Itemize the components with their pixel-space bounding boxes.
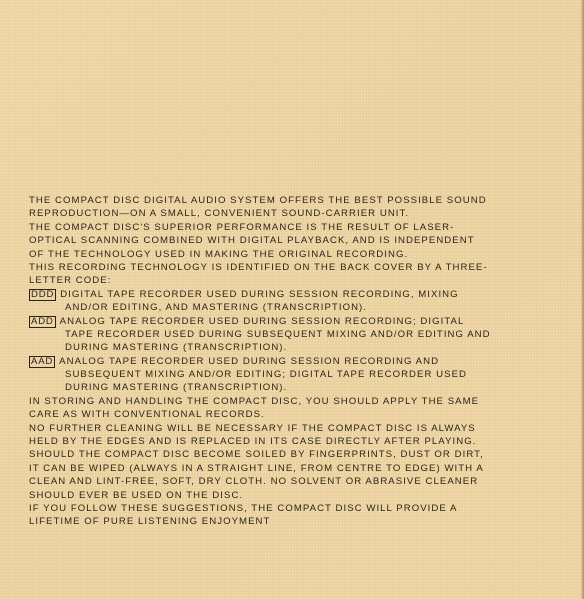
intro-line: THE COMPACT DISC DIGITAL AUDIO SYSTEM OF… <box>29 194 549 207</box>
code-add-line: ADDANALOG TAPE RECORDER USED DURING SESS… <box>29 315 549 328</box>
intro-paragraph: THE COMPACT DISC DIGITAL AUDIO SYSTEM OF… <box>29 194 549 288</box>
care-line: NO FURTHER CLEANING WILL BE NECESSARY IF… <box>29 422 549 435</box>
intro-line: LETTER CODE: <box>29 274 549 287</box>
care-line: IF YOU FOLLOW THESE SUGGESTIONS, THE COM… <box>29 502 549 515</box>
code-add-badge: ADD <box>29 316 56 328</box>
code-ddd-line: AND/OR EDITING, AND MASTERING (TRANSCRIP… <box>29 301 549 314</box>
care-line: SHOULD EVER BE USED ON THE DISC. <box>29 489 549 502</box>
code-add-line: TAPE RECORDER USED DURING SUBSEQUENT MIX… <box>29 328 549 341</box>
care-line: LIFETIME OF PURE LISTENING ENJOYMENT <box>29 515 549 528</box>
cd-info-text: THE COMPACT DISC DIGITAL AUDIO SYSTEM OF… <box>29 194 549 529</box>
code-ddd-text: DIGITAL TAPE RECORDER USED DURING SESSIO… <box>60 289 458 300</box>
care-line: IN STORING AND HANDLING THE COMPACT DISC… <box>29 395 549 408</box>
care-line: HELD BY THE EDGES AND IS REPLACED IN ITS… <box>29 435 549 448</box>
code-add-text: ANALOG TAPE RECORDER USED DURING SESSION… <box>60 316 465 327</box>
code-aad-text: ANALOG TAPE RECORDER USED DURING SESSION… <box>59 356 439 367</box>
code-ddd-entry: DDDDIGITAL TAPE RECORDER USED DURING SES… <box>29 288 549 315</box>
care-line: IT CAN BE WIPED (ALWAYS IN A STRAIGHT LI… <box>29 462 549 475</box>
care-line: SHOULD THE COMPACT DISC BECOME SOILED BY… <box>29 448 549 461</box>
intro-line: THIS RECORDING TECHNOLOGY IS IDENTIFIED … <box>29 261 549 274</box>
code-aad-badge: AAD <box>29 356 55 368</box>
intro-line: OPTICAL SCANNING COMBINED WITH DIGITAL P… <box>29 234 549 247</box>
code-aad-line: AADANALOG TAPE RECORDER USED DURING SESS… <box>29 355 549 368</box>
intro-line: REPRODUCTION—ON A SMALL, CONVENIENT SOUN… <box>29 207 549 220</box>
intro-line: OF THE TECHNOLOGY USED IN MAKING THE ORI… <box>29 248 549 261</box>
code-ddd-line: DDDDIGITAL TAPE RECORDER USED DURING SES… <box>29 288 549 301</box>
code-add-line: DURING MASTERING (TRANSCRIPTION). <box>29 341 549 354</box>
code-ddd-badge: DDD <box>29 289 56 301</box>
code-aad-line: DURING MASTERING (TRANSCRIPTION). <box>29 381 549 394</box>
code-aad-line: SUBSEQUENT MIXING AND/OR EDITING; DIGITA… <box>29 368 549 381</box>
care-line: CARE AS WITH CONVENTIONAL RECORDS. <box>29 408 549 421</box>
care-paragraph: IN STORING AND HANDLING THE COMPACT DISC… <box>29 395 549 529</box>
code-add-entry: ADDANALOG TAPE RECORDER USED DURING SESS… <box>29 315 549 355</box>
intro-line: THE COMPACT DISC'S SUPERIOR PERFORMANCE … <box>29 221 549 234</box>
code-aad-entry: AADANALOG TAPE RECORDER USED DURING SESS… <box>29 355 549 395</box>
care-line: CLEAN AND LINT-FREE, SOFT, DRY CLOTH. NO… <box>29 475 549 488</box>
